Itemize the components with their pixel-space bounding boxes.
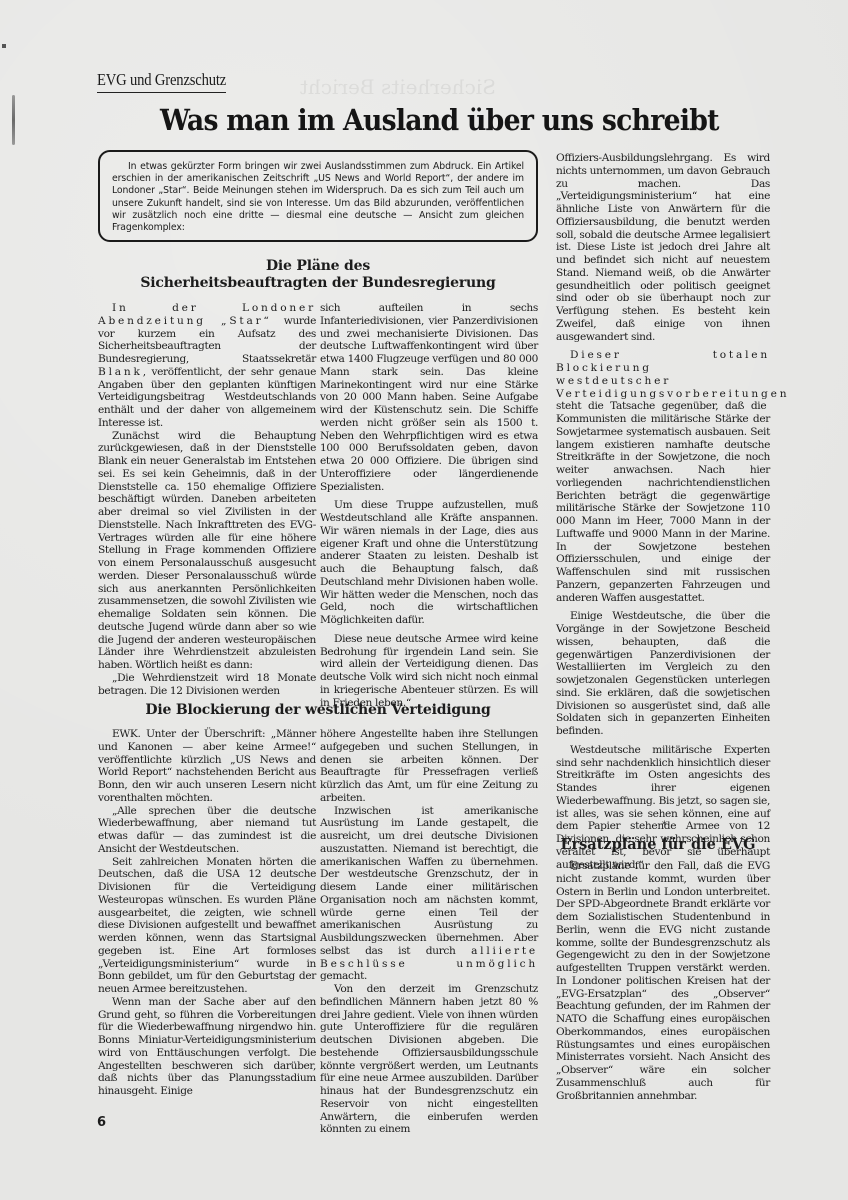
paragraph: In der Londoner Abendzeitung „Star“ wurd… (98, 302, 316, 430)
intro-text: In etwas gekürzter Form bringen wir zwei… (112, 161, 524, 234)
paragraph: Dieser totalen Blockierung westdeutscher… (556, 349, 770, 604)
newspaper-page: Sicherheits Bericht EVG und Grenzschutz … (0, 0, 848, 1200)
show-through-text: Sicherheits Bericht (300, 75, 496, 99)
page-headline: Was man im Ausland über uns schreibt (160, 103, 694, 137)
text: gemacht. (320, 970, 367, 982)
paragraph: höhere Angestellte haben ihre Stellungen… (320, 728, 538, 805)
article2-heading: Die Blockierung der westlichen Verteidig… (98, 702, 538, 719)
page-number: 6 (97, 1115, 106, 1130)
paragraph: Wenn man der Sache aber auf den Grund ge… (98, 996, 316, 1098)
paragraph: EWK. Unter der Überschrift: „Männer und … (98, 728, 316, 805)
paragraph: Inzwischen ist amerikanische Ausrüstung … (320, 805, 538, 984)
text: Inzwischen ist amerikanische Ausrüstung … (320, 805, 538, 957)
text: steht die Tatsache gegenüber, daß die Ko… (556, 400, 770, 603)
article1-heading: Die Pläne des Sicherheitsbeauftragten de… (98, 258, 538, 292)
paragraph: sich aufteilen in sechs Infanteriedivisi… (320, 302, 538, 493)
article2-column-2: höhere Angestellte haben ihre Stellungen… (320, 728, 538, 1136)
section-kicker: EVG und Grenzschutz (97, 70, 226, 93)
scan-artifact (2, 44, 6, 48)
article3-heading: Ersatzpläne für die EVG (548, 836, 768, 853)
article1-heading-line1: Die Pläne des (98, 258, 538, 275)
scan-artifact (12, 95, 15, 145)
spaced-text: Blank (98, 366, 143, 378)
paragraph: Einige Westdeutsche, die über die Vorgän… (556, 610, 770, 738)
article1-heading-line2: Sicherheitsbeauftragten der Bundesregier… (98, 275, 538, 292)
paragraph: „Alle sprechen über die deutsche Wiederb… (98, 805, 316, 856)
paragraph: „Die Wehrdienstzeit wird 18 Monate betra… (98, 672, 316, 698)
article1-column-2: sich aufteilen in sechs Infanteriedivisi… (320, 302, 538, 709)
paragraph: Offiziers-Ausbildungslehrgang. Es wird n… (556, 152, 770, 343)
paragraph: Ersatzpläne für den Fall, daß die EVG ni… (556, 860, 770, 1102)
paragraph: Seit zahlreichen Monaten hörten die Deut… (98, 856, 316, 996)
spaced-text: Dieser totalen Blockierung westdeutscher… (556, 349, 789, 399)
paragraph: Von den derzeit im Grenzschutz befindlic… (320, 983, 538, 1136)
paragraph: Diese neue deutsche Armee wird keine Bed… (320, 633, 538, 710)
article3-column: Ersatzpläne für den Fall, daß die EVG ni… (556, 860, 770, 1102)
separator-asterisk: * (662, 820, 667, 831)
article2-column-1: EWK. Unter der Überschrift: „Männer und … (98, 728, 316, 1098)
paragraph: Um diese Truppe aufzustellen, muß Westde… (320, 499, 538, 627)
article1-column-1: In der Londoner Abendzeitung „Star“ wurd… (98, 302, 316, 697)
article2-column-3: Offiziers-Ausbildungslehrgang. Es wird n… (556, 152, 770, 871)
intro-box: In etwas gekürzter Form bringen wir zwei… (98, 150, 538, 242)
paragraph: Zunächst wird die Behauptung zurückgewie… (98, 430, 316, 672)
